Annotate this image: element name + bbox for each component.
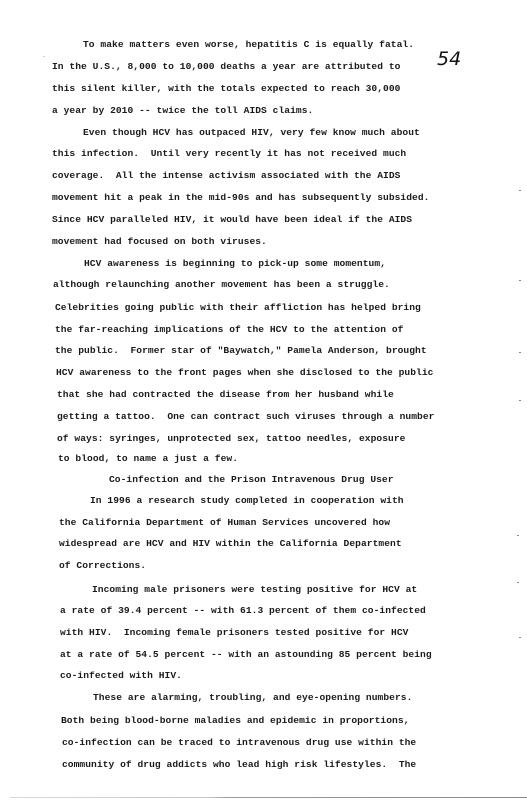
scan-speck [519,190,521,191]
text-line: Celebrities going public with their affl… [55,302,421,314]
text-line: To make matters even worse, hepatitis C … [83,39,414,51]
text-line: this silent killer, with the totals expe… [52,83,400,95]
text-line: a rate of 39.4 percent -- with 61.3 perc… [60,605,426,617]
handwritten-page-number: 54 [437,48,461,70]
section-heading: Co-infection and the Prison Intravenous … [109,474,394,486]
text-line: the California Department of Human Servi… [59,517,390,529]
text-line: HCV awareness is beginning to pick-up so… [84,258,386,270]
text-line: In 1996 a research study completed in co… [90,495,404,507]
text-line: Since HCV paralleled HIV, it would have … [52,214,412,226]
scan-speck [519,637,521,638]
document-page: 54 To make matters even worse, hepatitis… [0,0,527,812]
text-line: community of drug addicts who lead high … [62,759,416,771]
scan-speck [519,280,521,281]
text-line: of ways: syringes, unprotected sex, tatt… [57,433,405,445]
scan-speck [519,400,521,401]
text-line: to blood, to name a just a few. [58,453,238,465]
text-line: a year by 2010 -- twice the toll AIDS cl… [52,105,313,117]
text-line: at a rate of 54.5 percent -- with an ast… [60,649,432,661]
text-line: this infection. Until very recently it h… [52,148,406,160]
text-line: movement had focused on both viruses. [52,236,267,248]
text-line: co-infected with HIV. [60,670,182,682]
scan-speck [519,352,521,353]
text-line: the public. Former star of "Baywatch," P… [55,345,427,357]
text-line: Both being blood-borne maladies and epid… [61,715,409,727]
text-line: getting a tattoo. One can contract such … [57,411,434,423]
text-line: coverage. All the intense activism assoc… [52,170,400,182]
text-line: widespread are HCV and HIV within the Ca… [59,538,402,550]
text-line: co-infection can be traced to intravenou… [62,737,416,749]
scan-speck [43,56,45,57]
page-bottom-edge [10,797,527,798]
text-line: of Corrections. [59,560,146,572]
text-line: that she had contracted the disease from… [57,389,394,401]
text-line: Even though HCV has outpaced HIV, very f… [83,127,420,139]
text-line: These are alarming, troubling, and eye-o… [93,692,412,704]
text-line: HCV awareness to the front pages when sh… [56,367,433,379]
text-line: the far-reaching implications of the HCV… [55,324,403,336]
text-line: although relaunching another movement ha… [53,279,390,291]
scan-speck [517,582,519,583]
scan-speck [517,535,519,536]
text-line: Incoming male prisoners were testing pos… [92,584,417,596]
text-line: In the U.S., 8,000 to 10,000 deaths a ye… [52,61,400,73]
text-line: movement hit a peak in the mid-90s and h… [52,192,429,204]
text-line: with HIV. Incoming female prisoners test… [60,627,408,639]
